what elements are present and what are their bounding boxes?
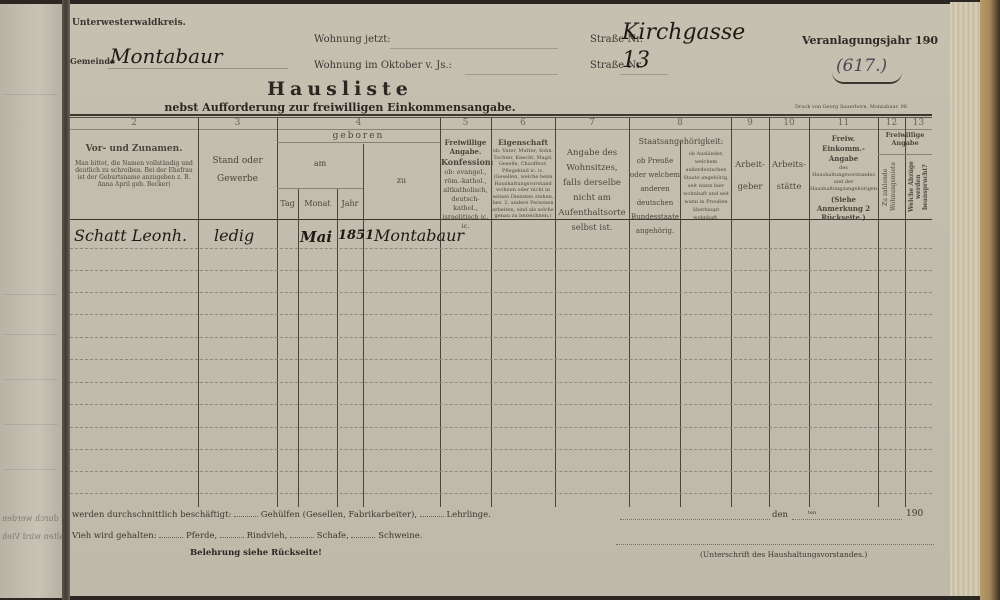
footer-line-1: werden durchschnittlich beschäftigt: Geh… — [72, 510, 491, 520]
date-ten-label: ten — [808, 510, 816, 516]
col-number-5: 5 — [440, 118, 491, 128]
col-header-name-title: Vor- und Zunamen. — [72, 144, 196, 154]
col-header-konfession-note: ob: evangel., röm.-kathol., altkatholisc… — [441, 168, 490, 231]
col-number-7: 7 — [555, 118, 629, 128]
col-header-preusse: ob Preuße oder welchem anderen deutschen… — [630, 154, 680, 238]
book-cover — [980, 0, 1000, 600]
wohnung-jetzt-label: Wohnung jetzt: — [314, 34, 391, 45]
cell-name: Schatt Leonh. — [74, 226, 187, 245]
col-header-konfession-sub: Konfession: — [441, 157, 490, 167]
col-header-freiwillige: Freiwillige Angabe — [878, 131, 932, 147]
col-number-4: 4 — [277, 118, 440, 128]
col-header-monat: Monat — [298, 199, 337, 208]
signature-label: (Unterschrift des Haushaltungsvorstandes… — [700, 550, 867, 559]
hausliste-page: Unterwesterwaldkreis. Gemeinde Montabaur… — [70, 4, 950, 596]
left-page: beschäftigt durch werden gehalten wird V… — [0, 4, 64, 598]
col-header-wohnsitz: Angabe des Wohnsitzes, falls derselbe ni… — [557, 146, 627, 236]
col-header-jahr: Jahr — [337, 199, 363, 208]
col-header-arbeitsstaette: Arbeits-stätte — [770, 154, 808, 198]
footer-rindvieh-label: Rindvieh, — [247, 531, 288, 541]
veranlagungsjahr-label: Veranlagungsjahr 190 — [802, 34, 938, 47]
footer-schweine-label: Schweine. — [378, 531, 422, 541]
col-header-konfession-title: Freiwillige Angabe. — [441, 138, 490, 156]
col-header-einkommen-title: Freiw. Einkomm.-Angabe — [810, 134, 877, 164]
col-number-6: 6 — [491, 118, 555, 128]
col-header-abzuege: Welche Abzüge werden beansprucht? — [908, 156, 930, 218]
col-number-3: 3 — [198, 118, 277, 128]
col-number-11: 11 — [809, 118, 878, 128]
col-number-10: 10 — [769, 118, 809, 128]
col-header-tag: Tag — [277, 199, 298, 208]
col-header-wohnungsmiete: Zu zahlende Wohnungsmiete — [882, 156, 902, 218]
cell-geburtsort: Montabaur — [374, 226, 464, 245]
col-header-name-note: Man bittet, die Namen vollständig und de… — [72, 160, 196, 188]
belehrung-note: Belehrung siehe Rückseite! — [190, 548, 322, 558]
col-number-8: 8 — [629, 118, 731, 128]
date-den-label: den — [772, 510, 788, 520]
footer-beschaeftigt-label: werden durchschnittlich beschäftigt: — [72, 510, 231, 520]
col-header-einkommen-note2: (Siehe Anmerkung 2 Rückseite.) — [810, 195, 877, 222]
cell-monat: Mai — [300, 228, 332, 246]
footer-vieh-label: Vieh wird gehalten: — [72, 531, 157, 541]
cell-jahr: 1851 — [338, 228, 374, 243]
col-number-2: 2 — [70, 118, 198, 128]
book-gutter — [62, 0, 70, 600]
col-header-am: am — [277, 159, 363, 168]
veranlagungsjahr-blank: ... — [922, 34, 932, 45]
footer-pferde-label: Pferde, — [186, 531, 217, 541]
col-number-13: 13 — [905, 118, 932, 128]
col-header-staatsangehoerigkeit: Staatsangehörigkeit: — [629, 137, 733, 146]
gemeinde-value: Montabaur — [110, 44, 223, 68]
col-number-12: 12 — [878, 118, 905, 128]
page-edges — [950, 2, 980, 596]
col-number-9: 9 — [731, 118, 769, 128]
printer-imprint: Druck von Georg Sauerborn, Montabaur. 08 — [795, 104, 907, 110]
footer-lehrlinge-label: Lehrlinge. — [447, 510, 491, 520]
col-header-zu: zu — [363, 176, 440, 185]
wohnung-oktober-label: Wohnung im Oktober v. Js.: — [314, 60, 452, 71]
col-header-einkommen-note: des Haushaltungsvorstandes und der Haush… — [810, 165, 877, 193]
col-header-auslaender: ob Ausländer, welchem außerdeutschen Sta… — [681, 150, 731, 222]
col-header-name: Vor- und Zunamen. Man bittet, die Namen … — [72, 144, 196, 188]
col-header-stand: Stand oder Gewerbe — [210, 152, 265, 188]
footer-line-2: Vieh wird gehalten: Pferde, Rindvieh, Sc… — [72, 531, 422, 541]
date-year-label: 190 — [906, 509, 923, 519]
document-title: Hausliste — [70, 78, 610, 100]
reference-underline — [832, 72, 902, 84]
col-header-eigenschaft: Eigenschaft ob: Vater, Mutter, Sohn, Toc… — [492, 138, 554, 220]
strasse-value-2: 13 — [622, 48, 650, 73]
col-header-eigenschaft-note: ob: Vater, Mutter, Sohn, Tochter, Knecht… — [492, 148, 554, 220]
col-header-eigenschaft-title: Eigenschaft — [492, 138, 554, 147]
col-header-geboren: geboren — [277, 131, 440, 141]
col-header-konfession: Freiwillige Angabe. Konfession: ob: evan… — [441, 138, 490, 231]
col-header-arbeitgeber: Arbeit-geber — [732, 154, 768, 198]
document-subtitle: nebst Aufforderung zur freiwilligen Eink… — [70, 101, 610, 114]
kreis-label: Unterwesterwaldkreis. — [72, 18, 186, 28]
strasse-value-1: Kirchgasse — [622, 20, 745, 45]
footer-schafe-label: Schafe, — [317, 531, 349, 541]
gemeinde-label: Gemeinde — [70, 56, 115, 66]
footer-gehuelfen-label: Gehülfen (Gesellen, Fabrikarbeiter), — [261, 510, 417, 520]
col-header-einkommen: Freiw. Einkomm.-Angabe des Haushaltungsv… — [810, 134, 877, 222]
cell-stand: ledig — [214, 226, 254, 245]
